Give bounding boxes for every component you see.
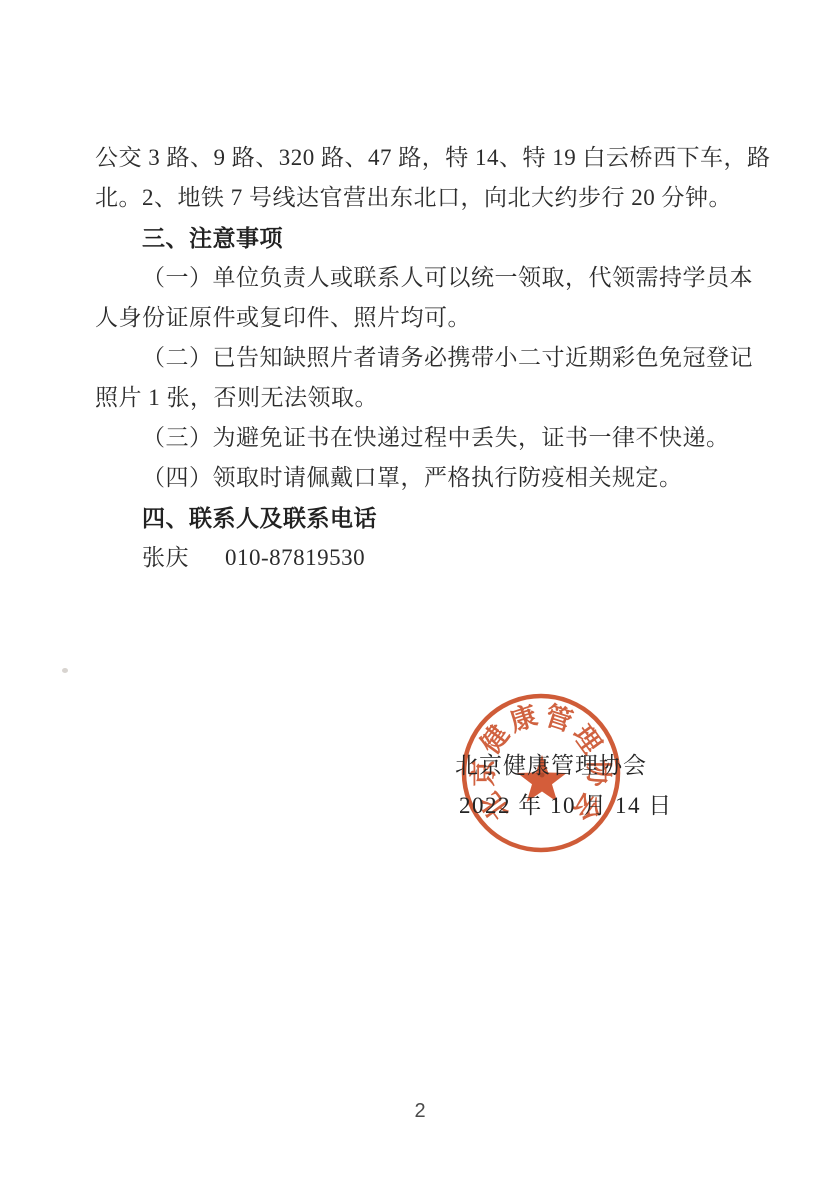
text-line: （二）已告知缺照片者请务必携带小二寸近期彩色免冠登记 — [95, 338, 755, 378]
contact-line: 张庆010-87819530 — [95, 538, 755, 578]
section-heading: 四、联系人及联系电话 — [95, 498, 755, 538]
seal-arc-character: 管 — [541, 699, 576, 737]
scan-artifact — [62, 668, 68, 673]
body-lines: 公交 3 路、9 路、320 路、47 路，特 14、特 19 白云桥西下车，路… — [95, 138, 755, 538]
signature-date: 2022 年 10 月 14 日 — [455, 786, 673, 826]
text-line: （一）单位负责人或联系人可以统一领取，代领需持学员本 — [95, 258, 755, 298]
document-page: 公交 3 路、9 路、320 路、47 路，特 14、特 19 白云桥西下车，路… — [0, 0, 840, 1187]
text-line: 人身份证原件或复印件、照片均可。 — [95, 298, 755, 338]
text-line: 照片 1 张，否则无法领取。 — [95, 378, 755, 418]
text-line: 北。2、地铁 7 号线达官营出东北口，向北大约步行 20 分钟。 — [95, 178, 755, 218]
section-heading: 三、注意事项 — [95, 218, 755, 258]
contact-phone: 010-87819530 — [225, 545, 365, 570]
text-line: 公交 3 路、9 路、320 路、47 路，特 14、特 19 白云桥西下车，路 — [95, 138, 755, 178]
text-line: （三）为避免证书在快递过程中丢失，证书一律不快递。 — [95, 418, 755, 458]
contact-name: 张庆 — [142, 545, 189, 570]
seal-arc-character: 康 — [506, 699, 541, 737]
signature-block: 北京健康管理协会 2022 年 10 月 14 日 — [455, 746, 673, 826]
signature-organization: 北京健康管理协会 — [455, 746, 673, 786]
page-number: 2 — [0, 1100, 840, 1123]
text-line: （四）领取时请佩戴口罩，严格执行防疫相关规定。 — [95, 458, 755, 498]
document-body: 公交 3 路、9 路、320 路、47 路，特 14、特 19 白云桥西下车，路… — [95, 138, 755, 578]
